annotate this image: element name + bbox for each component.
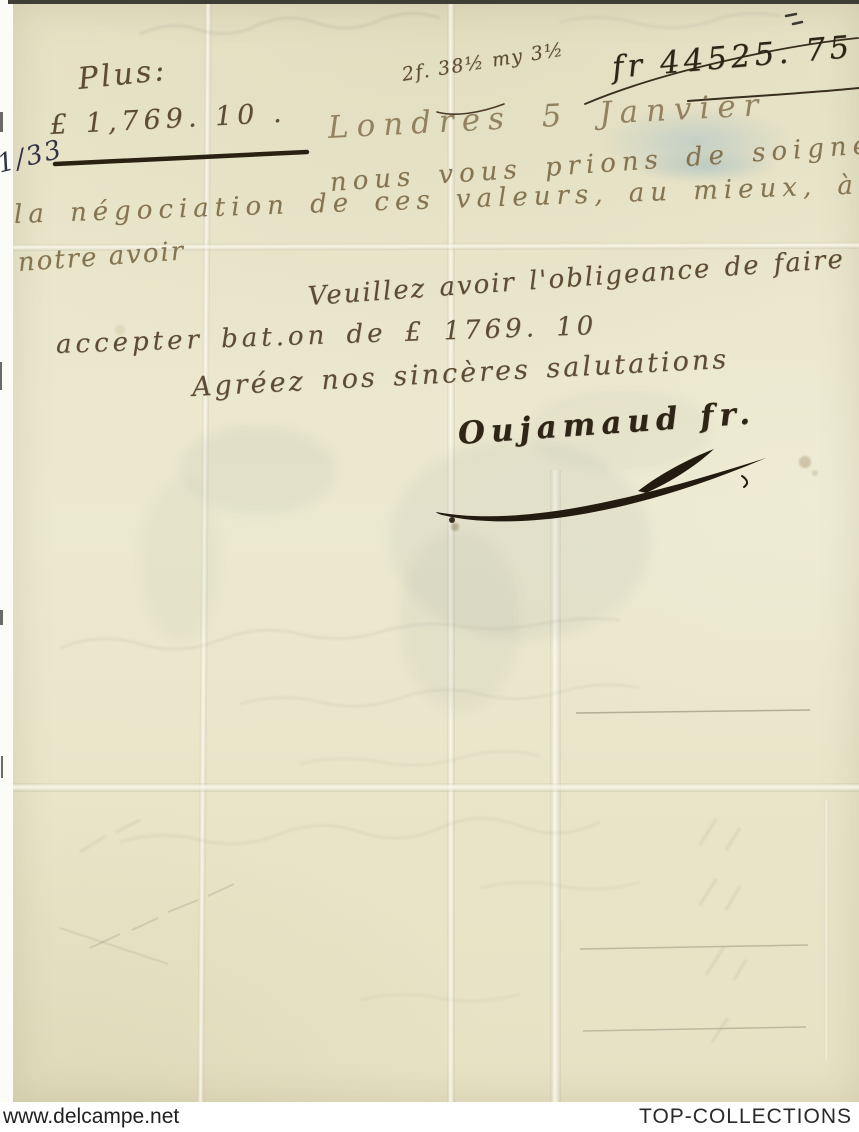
right-watermark: TOP-COLLECTIONS: [639, 1105, 852, 1129]
scan-edge-mark: [1, 756, 3, 778]
letter-scan: Plus: £ 1,769. 10 . 1/33 2f. 38½ my 3½ f…: [0, 0, 859, 1132]
scan-edge-mark: [0, 610, 3, 625]
scan-edge-mark: [0, 362, 2, 390]
watermark-bar: www.delcampe.net TOP-COLLECTIONS: [0, 1102, 859, 1132]
scan-edge-mark: [0, 112, 3, 132]
left-watermark: www.delcampe.net: [3, 1105, 179, 1129]
